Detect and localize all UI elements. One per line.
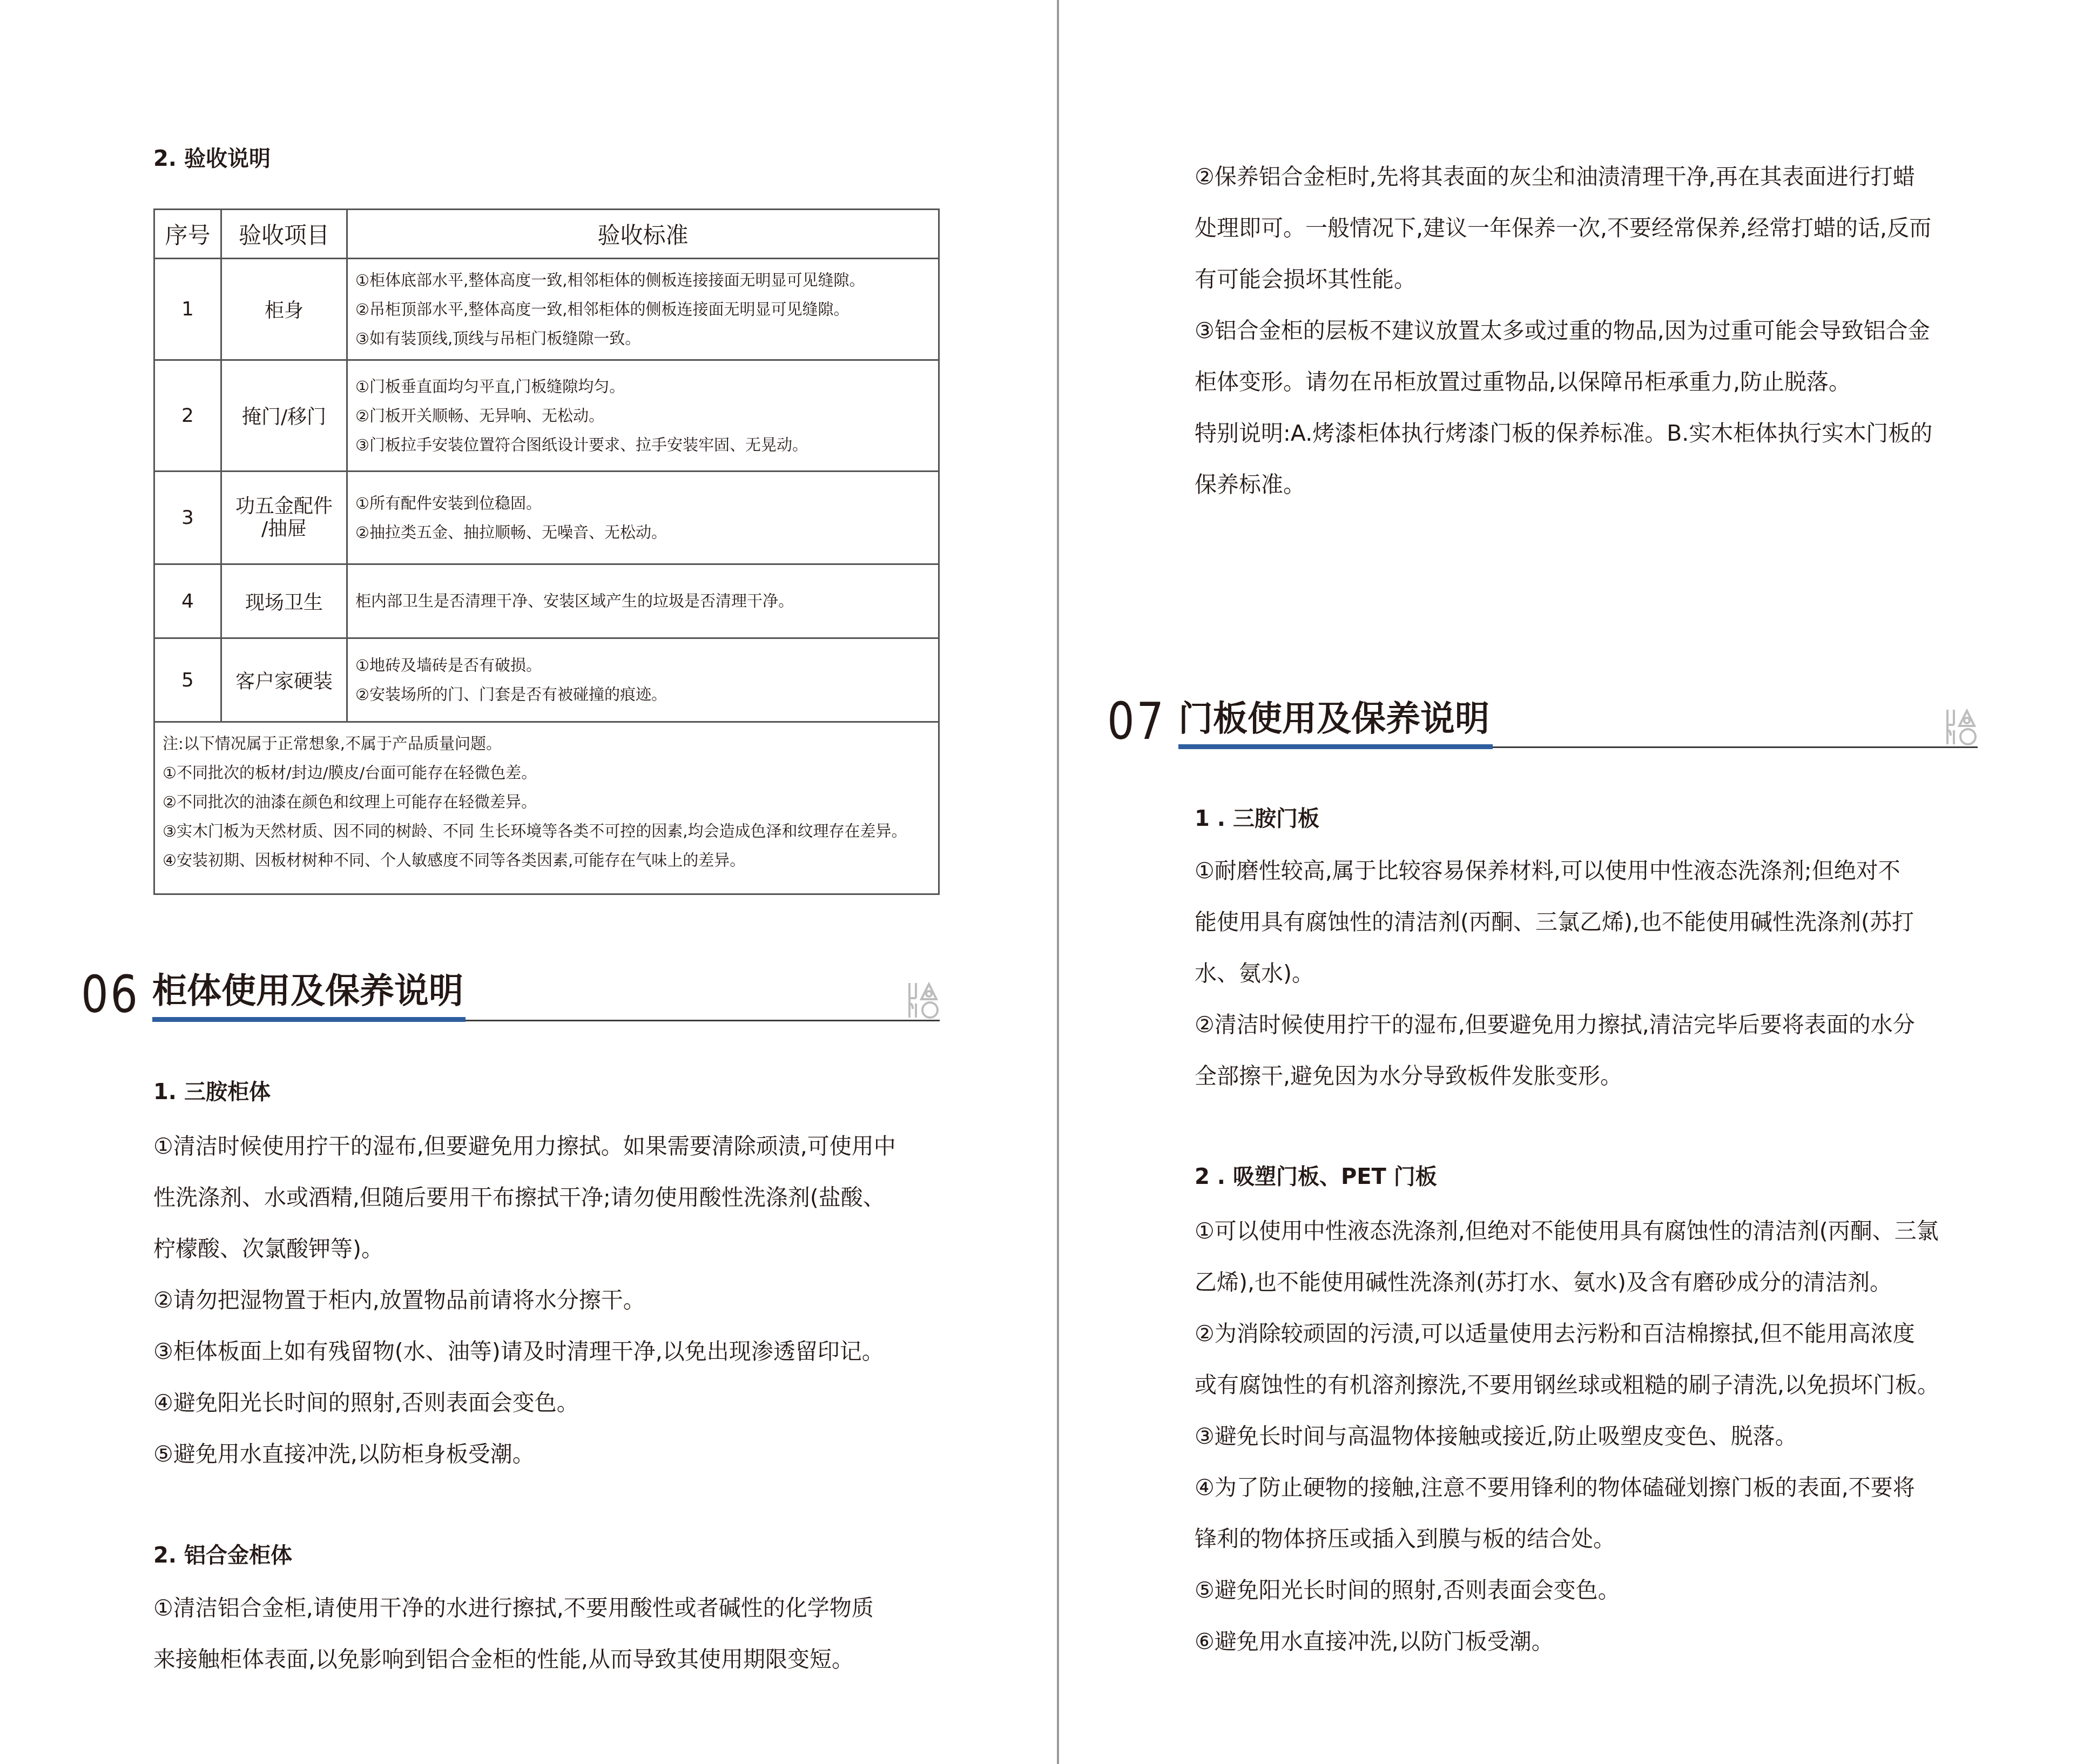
row-item: 柜身: [221, 259, 347, 360]
paragraph-line: 性洗涤剂、水或酒精,但随后要用干布擦拭干净;请勿使用酸性洗涤剂(盐酸、: [153, 1172, 896, 1223]
continued-body: ②保养铝合金柜时,先将其表面的灰尘和油渍清理干净,再在其表面进行打蜡 处理即可。…: [1195, 151, 1932, 510]
subsection-body: ①清洁铝合金柜,请使用干净的水进行擦拭,不要用酸性或者碱性的化学物质 来接触柜体…: [153, 1583, 874, 1685]
row-number: 1: [154, 259, 221, 360]
section-title: 门板使用及保养说明: [1178, 700, 1489, 738]
section-number: 06: [81, 970, 139, 1021]
paragraph-line: ③避免长时间与高温物体接触或接近,防止吸塑皮变色、脱落。: [1195, 1411, 1939, 1462]
row-standards: ①柜体底部水平,整体高度一致,相邻柜体的侧板连接接面无明显可见缝隙。 ②吊柜顶部…: [347, 259, 939, 360]
paragraph-line: 来接触柜体表面,以免影响到铝合金柜的性能,从而导致其使用期限变短。: [153, 1634, 874, 1685]
paragraph-line: ⑤避免阳光长时间的照射,否则表面会变色。: [1195, 1565, 1939, 1616]
table-notes-row: 注:以下情况属于正常想象,不属于产品质量问题。 ①不同批次的板材/封边/膜皮/台…: [154, 722, 939, 894]
section-title: 柜体使用及保养说明: [152, 972, 463, 1010]
standard-line: ②门板开关顺畅、无异响、无松动。: [355, 401, 938, 430]
table-row: 5 客户家硬装 ①地砖及墙砖是否有破损。 ②安装场所的门、门套是否有被碰撞的痕迹…: [154, 638, 939, 722]
paragraph-line: ③铝合金柜的层板不建议放置太多或过重的物品,因为过重可能会导致铝合金: [1195, 305, 1932, 356]
row-standards: ①所有配件安装到位稳固。 ②抽拉类五金、抽拉顺畅、无噪音、无松动。: [347, 472, 939, 564]
row-standards: 柜内部卫生是否清理干净、安装区域产生的垃圾是否清理干净。: [347, 564, 939, 638]
section-rule: [1493, 746, 1978, 748]
paragraph-line: 保养标准。: [1195, 459, 1932, 510]
paragraph-line: 柠檬酸、次氯酸钾等)。: [153, 1223, 896, 1275]
row-number: 4: [154, 564, 221, 638]
paragraph-line: 特别说明:A.烤漆柜体执行烤漆门板的保养标准。B.实木柜体执行实木门板的: [1195, 408, 1932, 459]
standard-line: ②安装场所的门、门套是否有被碰撞的痕迹。: [355, 680, 938, 709]
paragraph-line: 处理即可。一般情况下,建议一年保养一次,不要经常保养,经常打蜡的话,反而: [1195, 203, 1932, 254]
paragraph-line: 或有腐蚀性的有机溶剂擦洗,不要用钢丝球或粗糙的刷子清洗,以免损坏门板。: [1195, 1359, 1939, 1411]
paragraph-line: ④为了防止硬物的接触,注意不要用锋利的物体磕碰划擦门板的表面,不要将: [1195, 1462, 1939, 1513]
paragraph-line: ①可以使用中性液态洗涤剂,但绝对不能使用具有腐蚀性的清洁剂(丙酮、三氯: [1195, 1206, 1939, 1257]
column-header-item: 验收项目: [221, 210, 347, 259]
standard-line: ①门板垂直面均匀平直,门板缝隙均匀。: [355, 372, 938, 401]
paragraph-line: ①清洁时候使用拧干的湿布,但要避免用力擦拭。如果需要清除顽渍,可使用中: [153, 1121, 896, 1172]
paragraph-line: ⑥避免用水直接冲洗,以防门板受潮。: [1195, 1616, 1939, 1667]
standard-line: ③如有装顶线,顶线与吊柜门板缝隙一致。: [355, 324, 938, 353]
paragraph-line: ②保养铝合金柜时,先将其表面的灰尘和油渍清理干净,再在其表面进行打蜡: [1195, 151, 1932, 203]
table-row: 2 掩门/移门 ①门板垂直面均匀平直,门板缝隙均匀。 ②门板开关顺畅、无异响、无…: [154, 360, 939, 472]
row-item: 客户家硬装: [221, 638, 347, 722]
acceptance-table: 序号 验收项目 验收标准 1 柜身 ①柜体底部水平,整体高度一致,相邻柜体的侧板…: [153, 208, 940, 895]
paragraph-line: 全部擦干,避免因为水分导致板件发胀变形。: [1195, 1051, 1915, 1102]
subsection-heading: 1. 三胺柜体: [153, 1079, 271, 1105]
hanuo-logo-icon: [1944, 709, 1978, 746]
subsection-body: ①可以使用中性液态洗涤剂,但绝对不能使用具有腐蚀性的清洁剂(丙酮、三氯 乙烯),…: [1195, 1206, 1939, 1667]
note-line: ①不同批次的板材/封边/膜皮/台面可能存在轻微色差。: [163, 758, 932, 787]
row-standards: ①门板垂直面均匀平直,门板缝隙均匀。 ②门板开关顺畅、无异响、无松动。 ③门板拉…: [347, 360, 939, 472]
row-number: 5: [154, 638, 221, 722]
table-header-row: 序号 验收项目 验收标准: [154, 210, 939, 259]
paragraph-line: ④避免阳光长时间的照射,否则表面会变色。: [153, 1377, 896, 1429]
paragraph-line: 柜体变形。请勿在吊柜放置过重物品,以保障吊柜承重力,防止脱落。: [1195, 356, 1932, 408]
row-item-line: /抽屉: [222, 518, 346, 541]
page-divider: [1057, 0, 1059, 1764]
subsection-heading: 2. 铝合金柜体: [153, 1543, 292, 1568]
hanuo-logo-icon: [906, 982, 940, 1020]
standard-line: ②吊柜顶部水平,整体高度一致,相邻柜体的侧板连接面无明显可见缝隙。: [355, 295, 938, 324]
row-standards: ①地砖及墙砖是否有破损。 ②安装场所的门、门套是否有被碰撞的痕迹。: [347, 638, 939, 722]
acceptance-heading: 2. 验收说明: [153, 146, 271, 172]
row-item-line: 功五金配件: [222, 495, 346, 518]
table-row: 3 功五金配件 /抽屉 ①所有配件安装到位稳固。 ②抽拉类五金、抽拉顺畅、无噪音…: [154, 472, 939, 564]
section-rule: [466, 1020, 940, 1021]
standard-line: ③门板拉手安装位置符合图纸设计要求、拉手安装牢固、无晃动。: [355, 430, 938, 460]
paragraph-line: 有可能会损坏其性能。: [1195, 254, 1932, 305]
column-header-standard: 验收标准: [347, 210, 939, 259]
subsection-heading: 1 . 三胺门板: [1195, 806, 1319, 832]
paragraph-line: ①清洁铝合金柜,请使用干净的水进行擦拭,不要用酸性或者碱性的化学物质: [153, 1583, 874, 1634]
note-line: ③实木门板为天然材质、因不同的树龄、不同 生长环境等各类不可控的因素,均会造成色…: [163, 817, 932, 846]
row-number: 3: [154, 472, 221, 564]
standard-line: ①柜体底部水平,整体高度一致,相邻柜体的侧板连接接面无明显可见缝隙。: [355, 266, 938, 295]
paragraph-line: ⑤避免用水直接冲洗,以防柜身板受潮。: [153, 1429, 896, 1480]
paragraph-line: 锋利的物体挤压或插入到膜与板的结合处。: [1195, 1513, 1939, 1565]
paragraph-line: ②为消除较顽固的污渍,可以适量使用去污粉和百洁棉擦拭,但不能用高浓度: [1195, 1308, 1939, 1359]
row-item: 掩门/移门: [221, 360, 347, 472]
paragraph-line: 乙烯),也不能使用碱性洗涤剂(苏打水、氨水)及含有磨砂成分的清洁剂。: [1195, 1257, 1939, 1308]
section-accent-bar: [1178, 744, 1493, 749]
standard-line: ①所有配件安装到位稳固。: [355, 489, 938, 518]
row-item: 功五金配件 /抽屉: [221, 472, 347, 564]
standard-line: ①地砖及墙砖是否有破损。: [355, 651, 938, 680]
note-line: 注:以下情况属于正常想象,不属于产品质量问题。: [163, 729, 932, 758]
row-item: 现场卫生: [221, 564, 347, 638]
table-notes: 注:以下情况属于正常想象,不属于产品质量问题。 ①不同批次的板材/封边/膜皮/台…: [154, 722, 939, 894]
paragraph-line: ②请勿把湿物置于柜内,放置物品前请将水分擦干。: [153, 1275, 896, 1326]
section-accent-bar: [152, 1017, 466, 1022]
row-number: 2: [154, 360, 221, 472]
section-number: 07: [1107, 697, 1165, 748]
column-header-no: 序号: [154, 210, 221, 259]
subsection-heading: 2 . 吸塑门板、PET 门板: [1195, 1164, 1437, 1190]
standard-line: ②抽拉类五金、抽拉顺畅、无噪音、无松动。: [355, 518, 938, 547]
paragraph-line: ②清洁时候使用拧干的湿布,但要避免用力擦拭,清洁完毕后要将表面的水分: [1195, 999, 1915, 1051]
note-line: ④安装初期、因板材树种不同、个人敏感度不同等各类因素,可能存在气味上的差异。: [163, 846, 932, 875]
paragraph-line: 水、氨水)。: [1195, 948, 1915, 999]
subsection-body: ①清洁时候使用拧干的湿布,但要避免用力擦拭。如果需要清除顽渍,可使用中 性洗涤剂…: [153, 1121, 896, 1480]
table-row: 4 现场卫生 柜内部卫生是否清理干净、安装区域产生的垃圾是否清理干净。: [154, 564, 939, 638]
standard-line: 柜内部卫生是否清理干净、安装区域产生的垃圾是否清理干净。: [355, 587, 938, 616]
table-row: 1 柜身 ①柜体底部水平,整体高度一致,相邻柜体的侧板连接接面无明显可见缝隙。 …: [154, 259, 939, 360]
paragraph-line: 能使用具有腐蚀性的清洁剂(丙酮、三氯乙烯),也不能使用碱性洗涤剂(苏打: [1195, 897, 1915, 948]
note-line: ②不同批次的油漆在颜色和纹理上可能存在轻微差异。: [163, 787, 932, 817]
paragraph-line: ③柜体板面上如有残留物(水、油等)请及时清理干净,以免出现渗透留印记。: [153, 1326, 896, 1377]
subsection-body: ①耐磨性较高,属于比较容易保养材料,可以使用中性液态洗涤剂;但绝对不 能使用具有…: [1195, 845, 1915, 1102]
paragraph-line: ①耐磨性较高,属于比较容易保养材料,可以使用中性液态洗涤剂;但绝对不: [1195, 845, 1915, 897]
